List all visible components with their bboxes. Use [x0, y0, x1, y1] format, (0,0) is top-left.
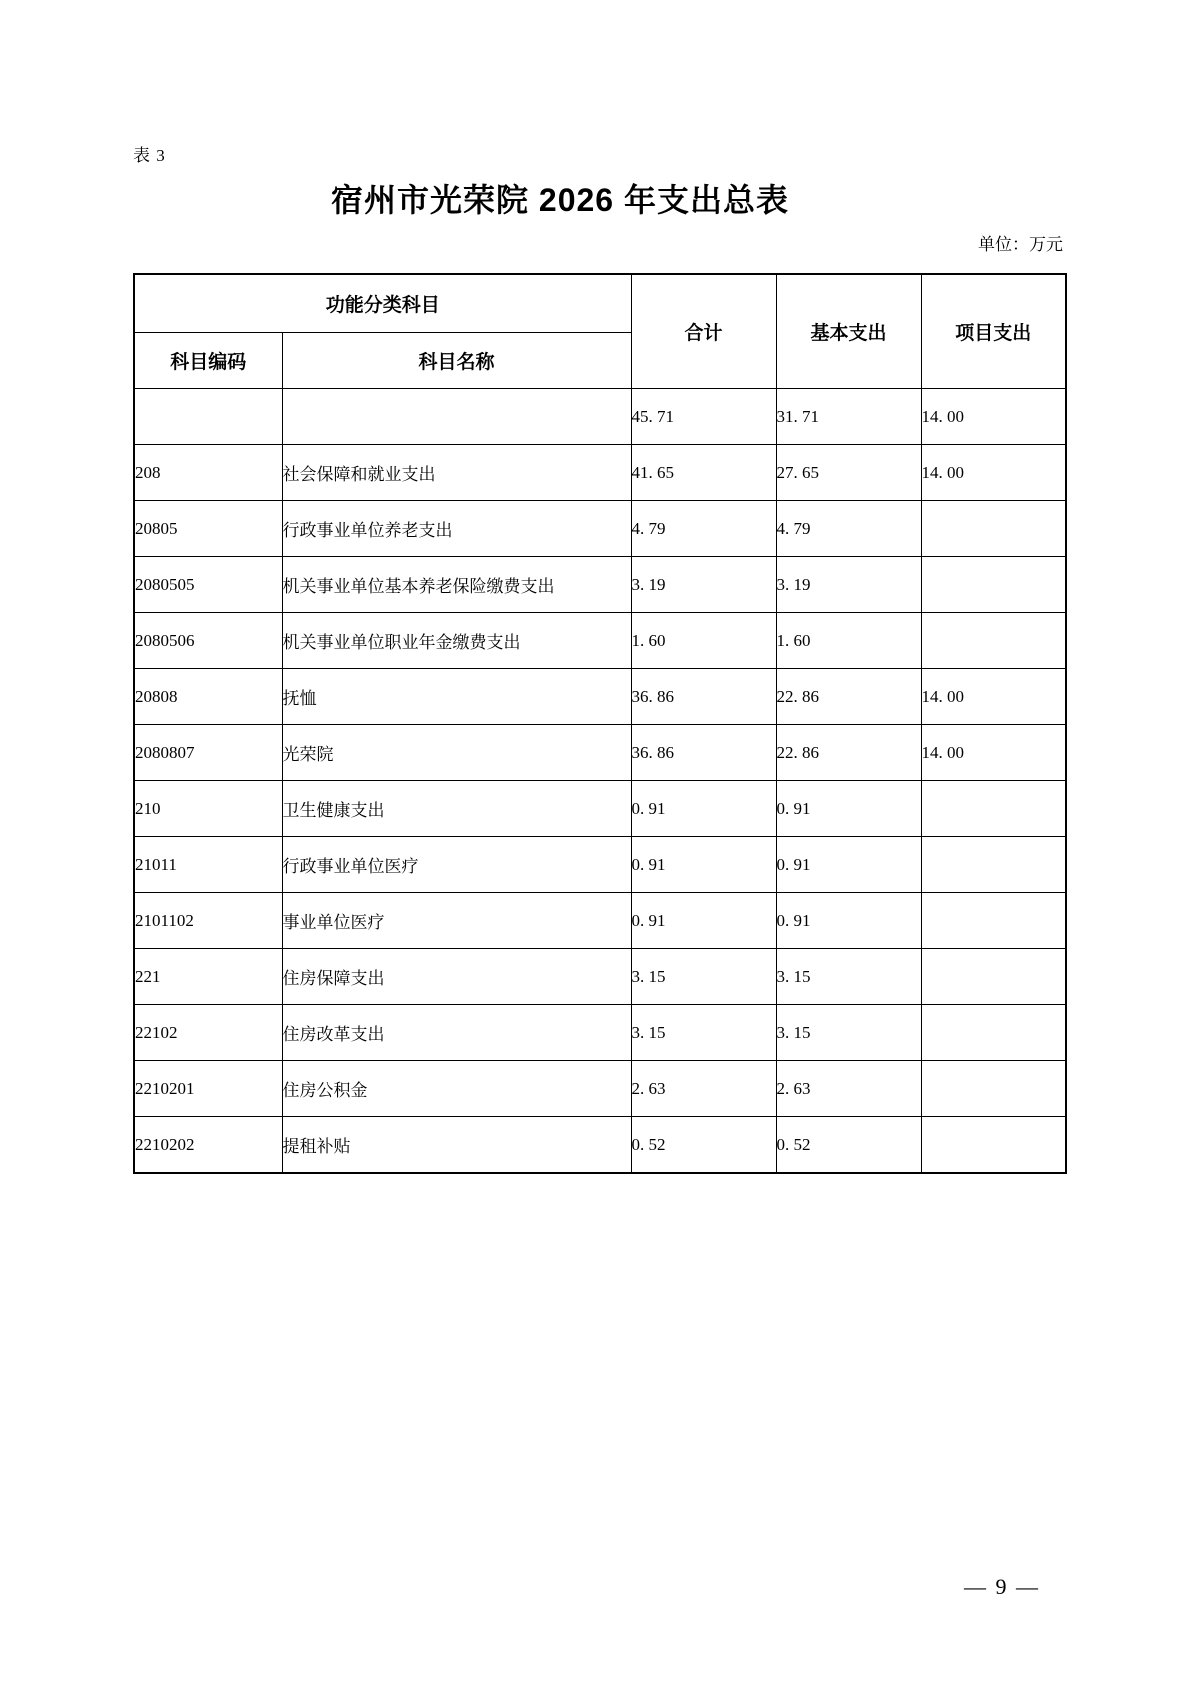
code-cell: 21011	[134, 837, 282, 893]
project-cell	[921, 1061, 1066, 1117]
table-row: 2101102 事业单位医疗 0. 91 0. 91	[134, 893, 1066, 949]
page-number: — 9 —	[964, 1574, 1040, 1600]
name-cell: 抚恤	[282, 669, 631, 725]
table-row: 2080505 机关事业单位基本养老保险缴费支出 3. 19 3. 19	[134, 557, 1066, 613]
code-cell: 2080807	[134, 725, 282, 781]
project-cell: 14. 00	[921, 725, 1066, 781]
code-cell: 20808	[134, 669, 282, 725]
project-cell	[921, 1005, 1066, 1061]
total-cell: 3. 15	[631, 1005, 776, 1061]
header-function-group: 功能分类科目	[134, 274, 631, 333]
name-cell: 机关事业单位职业年金缴费支出	[282, 613, 631, 669]
name-cell: 行政事业单位养老支出	[282, 501, 631, 557]
project-cell	[921, 501, 1066, 557]
code-cell: 20805	[134, 501, 282, 557]
code-cell: 221	[134, 949, 282, 1005]
name-cell: 行政事业单位医疗	[282, 837, 631, 893]
table-label: 表 3	[133, 141, 166, 166]
header-row-1: 功能分类科目 合计 基本支出 项目支出	[134, 274, 1066, 333]
project-cell: 14. 00	[921, 669, 1066, 725]
total-cell: 36. 86	[631, 725, 776, 781]
table-row: 2210202 提租补贴 0. 52 0. 52	[134, 1117, 1066, 1174]
total-cell: 4. 79	[631, 501, 776, 557]
total-cell: 1. 60	[631, 613, 776, 669]
total-cell: 41. 65	[631, 445, 776, 501]
basic-cell: 0. 91	[776, 781, 921, 837]
total-cell: 0. 91	[631, 837, 776, 893]
table-row: 20808 抚恤 36. 86 22. 86 14. 00	[134, 669, 1066, 725]
total-cell: 0. 91	[631, 893, 776, 949]
table-row: 208 社会保障和就业支出 41. 65 27. 65 14. 00	[134, 445, 1066, 501]
basic-cell: 1. 60	[776, 613, 921, 669]
basic-cell: 27. 65	[776, 445, 921, 501]
total-cell: 3. 15	[631, 949, 776, 1005]
code-cell: 22102	[134, 1005, 282, 1061]
expenditure-table: 功能分类科目 合计 基本支出 项目支出 科目编码 科目名称 45. 71 31.…	[133, 273, 1067, 1174]
name-cell	[282, 389, 631, 445]
table-header: 功能分类科目 合计 基本支出 项目支出 科目编码 科目名称	[134, 274, 1066, 389]
total-cell: 0. 91	[631, 781, 776, 837]
basic-cell: 0. 52	[776, 1117, 921, 1174]
header-basic: 基本支出	[776, 274, 921, 389]
name-cell: 提租补贴	[282, 1117, 631, 1174]
code-cell	[134, 389, 282, 445]
table-row: 210 卫生健康支出 0. 91 0. 91	[134, 781, 1066, 837]
document-page: 表 3 宿州市光荣院 2026 年支出总表 单位：万元 功能分类科目 合计 基本…	[0, 0, 1190, 1683]
table-body: 45. 71 31. 71 14. 00 208 社会保障和就业支出 41. 6…	[134, 389, 1066, 1174]
name-cell: 光荣院	[282, 725, 631, 781]
total-cell: 3. 19	[631, 557, 776, 613]
name-cell: 住房改革支出	[282, 1005, 631, 1061]
code-cell: 2080505	[134, 557, 282, 613]
project-cell: 14. 00	[921, 445, 1066, 501]
table-row: 20805 行政事业单位养老支出 4. 79 4. 79	[134, 501, 1066, 557]
code-cell: 210	[134, 781, 282, 837]
name-cell: 社会保障和就业支出	[282, 445, 631, 501]
project-cell	[921, 893, 1066, 949]
total-cell: 0. 52	[631, 1117, 776, 1174]
project-cell: 14. 00	[921, 389, 1066, 445]
header-total: 合计	[631, 274, 776, 389]
total-cell: 36. 86	[631, 669, 776, 725]
code-cell: 2210201	[134, 1061, 282, 1117]
basic-cell: 0. 91	[776, 893, 921, 949]
header-name: 科目名称	[282, 333, 631, 389]
table-row: 221 住房保障支出 3. 15 3. 15	[134, 949, 1066, 1005]
unit-note: 单位：万元	[978, 230, 1063, 255]
project-cell	[921, 837, 1066, 893]
total-cell: 45. 71	[631, 389, 776, 445]
code-cell: 2101102	[134, 893, 282, 949]
basic-cell: 3. 15	[776, 1005, 921, 1061]
name-cell: 住房保障支出	[282, 949, 631, 1005]
code-cell: 2210202	[134, 1117, 282, 1174]
code-cell: 2080506	[134, 613, 282, 669]
basic-cell: 2. 63	[776, 1061, 921, 1117]
basic-cell: 4. 79	[776, 501, 921, 557]
code-cell: 208	[134, 445, 282, 501]
table-row: 2080807 光荣院 36. 86 22. 86 14. 00	[134, 725, 1066, 781]
basic-cell: 3. 15	[776, 949, 921, 1005]
name-cell: 机关事业单位基本养老保险缴费支出	[282, 557, 631, 613]
table-row: 45. 71 31. 71 14. 00	[134, 389, 1066, 445]
basic-cell: 31. 71	[776, 389, 921, 445]
project-cell	[921, 557, 1066, 613]
header-code: 科目编码	[134, 333, 282, 389]
table-row: 2210201 住房公积金 2. 63 2. 63	[134, 1061, 1066, 1117]
project-cell	[921, 1117, 1066, 1174]
project-cell	[921, 613, 1066, 669]
project-cell	[921, 781, 1066, 837]
project-cell	[921, 949, 1066, 1005]
page-title: 宿州市光荣院 2026 年支出总表	[0, 175, 1120, 221]
basic-cell: 0. 91	[776, 837, 921, 893]
basic-cell: 3. 19	[776, 557, 921, 613]
basic-cell: 22. 86	[776, 725, 921, 781]
table-row: 22102 住房改革支出 3. 15 3. 15	[134, 1005, 1066, 1061]
total-cell: 2. 63	[631, 1061, 776, 1117]
table-row: 2080506 机关事业单位职业年金缴费支出 1. 60 1. 60	[134, 613, 1066, 669]
name-cell: 卫生健康支出	[282, 781, 631, 837]
name-cell: 事业单位医疗	[282, 893, 631, 949]
basic-cell: 22. 86	[776, 669, 921, 725]
name-cell: 住房公积金	[282, 1061, 631, 1117]
header-project: 项目支出	[921, 274, 1066, 389]
table-row: 21011 行政事业单位医疗 0. 91 0. 91	[134, 837, 1066, 893]
